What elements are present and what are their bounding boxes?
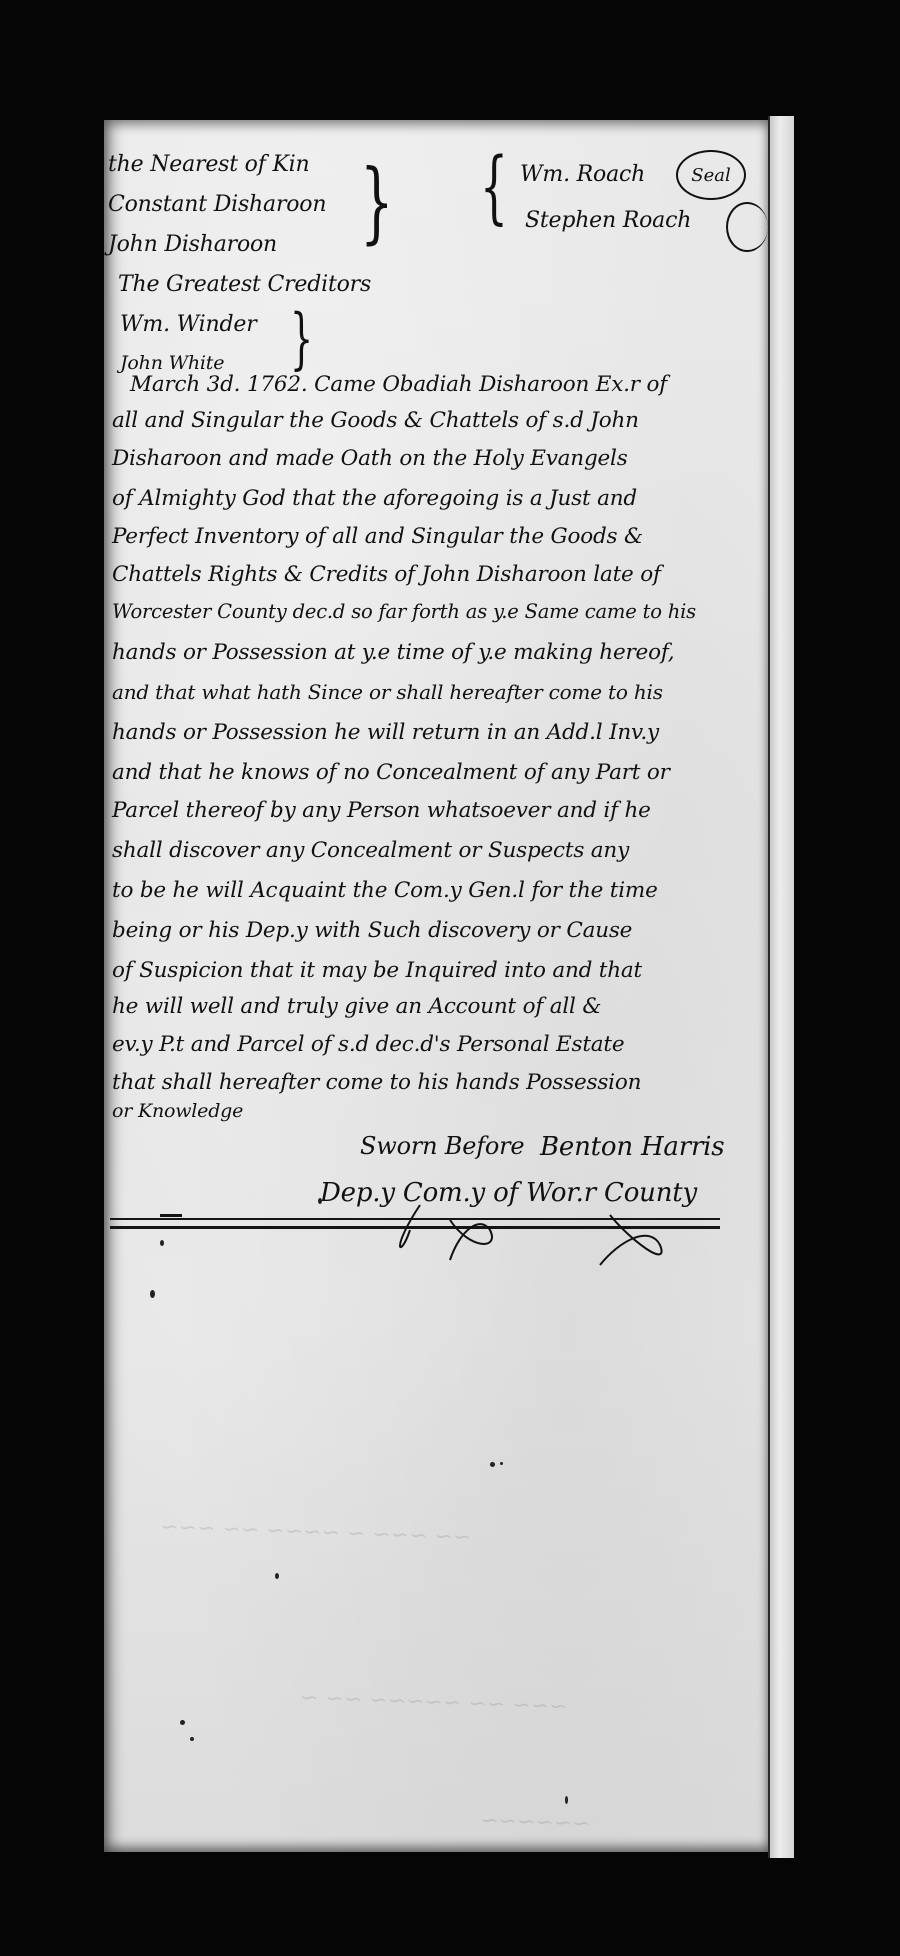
oath-line: Chattels Rights & Credits of John Dishar… — [112, 562, 762, 587]
ink-speck — [180, 1720, 185, 1725]
oath-line: all and Singular the Goods & Chattels of… — [112, 408, 762, 433]
closing-brace: } — [360, 150, 394, 253]
oath-line: of Almighty God that the aforegoing is a… — [112, 486, 762, 511]
bleed-through-text: ~~~~~~ — [480, 1808, 591, 1837]
kin-name: Constant Disharoon — [108, 192, 326, 217]
oath-line: or Knowledge — [112, 1100, 762, 1122]
oath-line: Worcester County dec.d so far forth as y… — [112, 600, 762, 623]
seal-mark: Seal — [676, 150, 746, 200]
oath-line: Disharoon and made Oath on the Holy Evan… — [112, 446, 762, 471]
ink-speck — [160, 1240, 164, 1246]
oath-line: of Suspicion that it may be Inquired int… — [112, 958, 762, 983]
ink-speck — [318, 1198, 322, 1204]
kin-name: John Disharoon — [108, 232, 277, 257]
seal-label: Seal — [691, 165, 730, 186]
ink-speck — [190, 1737, 194, 1741]
ink-speck — [500, 1462, 503, 1465]
creditor-name: Wm. Winder — [120, 312, 257, 337]
oath-line: being or his Dep.y with Such discovery o… — [112, 918, 762, 943]
seal-mark: Seal — [726, 202, 768, 252]
ink-speck — [150, 1290, 155, 1298]
oath-line: Perfect Inventory of all and Singular th… — [112, 524, 762, 549]
oath-line: to be he will Acquaint the Com.y Gen.l f… — [112, 878, 762, 903]
oath-line: March 3d. 1762. Came Obadiah Disharoon E… — [130, 372, 780, 397]
rule-dash-mark — [160, 1214, 182, 1217]
oath-line: Parcel thereof by any Person whatsoever … — [112, 798, 762, 823]
oath-line: and that what hath Since or shall hereaf… — [112, 680, 762, 704]
oath-line: he will well and truly give an Account o… — [112, 994, 762, 1019]
creditor-name: John White — [120, 352, 224, 374]
opening-brace: { — [480, 140, 508, 233]
oath-line: ev.y P.t and Parcel of s.d dec.d's Perso… — [112, 1032, 762, 1057]
ink-speck — [490, 1462, 495, 1467]
flourish-icon — [380, 1200, 680, 1270]
kin-heading: the Nearest of Kin — [108, 152, 310, 177]
surety-name: Stephen Roach — [525, 208, 691, 233]
creditors-heading: The Greatest Creditors — [118, 272, 371, 297]
oath-line: shall discover any Concealment or Suspec… — [112, 838, 762, 863]
ink-speck — [275, 1573, 279, 1579]
oath-line: hands or Possession at y.e time of y.e m… — [112, 640, 762, 665]
oath-line: and that he knows of no Concealment of a… — [112, 760, 762, 785]
sworn-before-label: Sworn Before — [360, 1132, 524, 1160]
oath-line: that shall hereafter come to his hands P… — [112, 1070, 762, 1095]
surety-name: Wm. Roach — [520, 162, 645, 187]
ink-speck — [565, 1796, 568, 1804]
closing-brace: } — [290, 300, 313, 377]
oath-line: hands or Possession he will return in an… — [112, 720, 762, 745]
official-signature: Benton Harris — [540, 1132, 724, 1162]
